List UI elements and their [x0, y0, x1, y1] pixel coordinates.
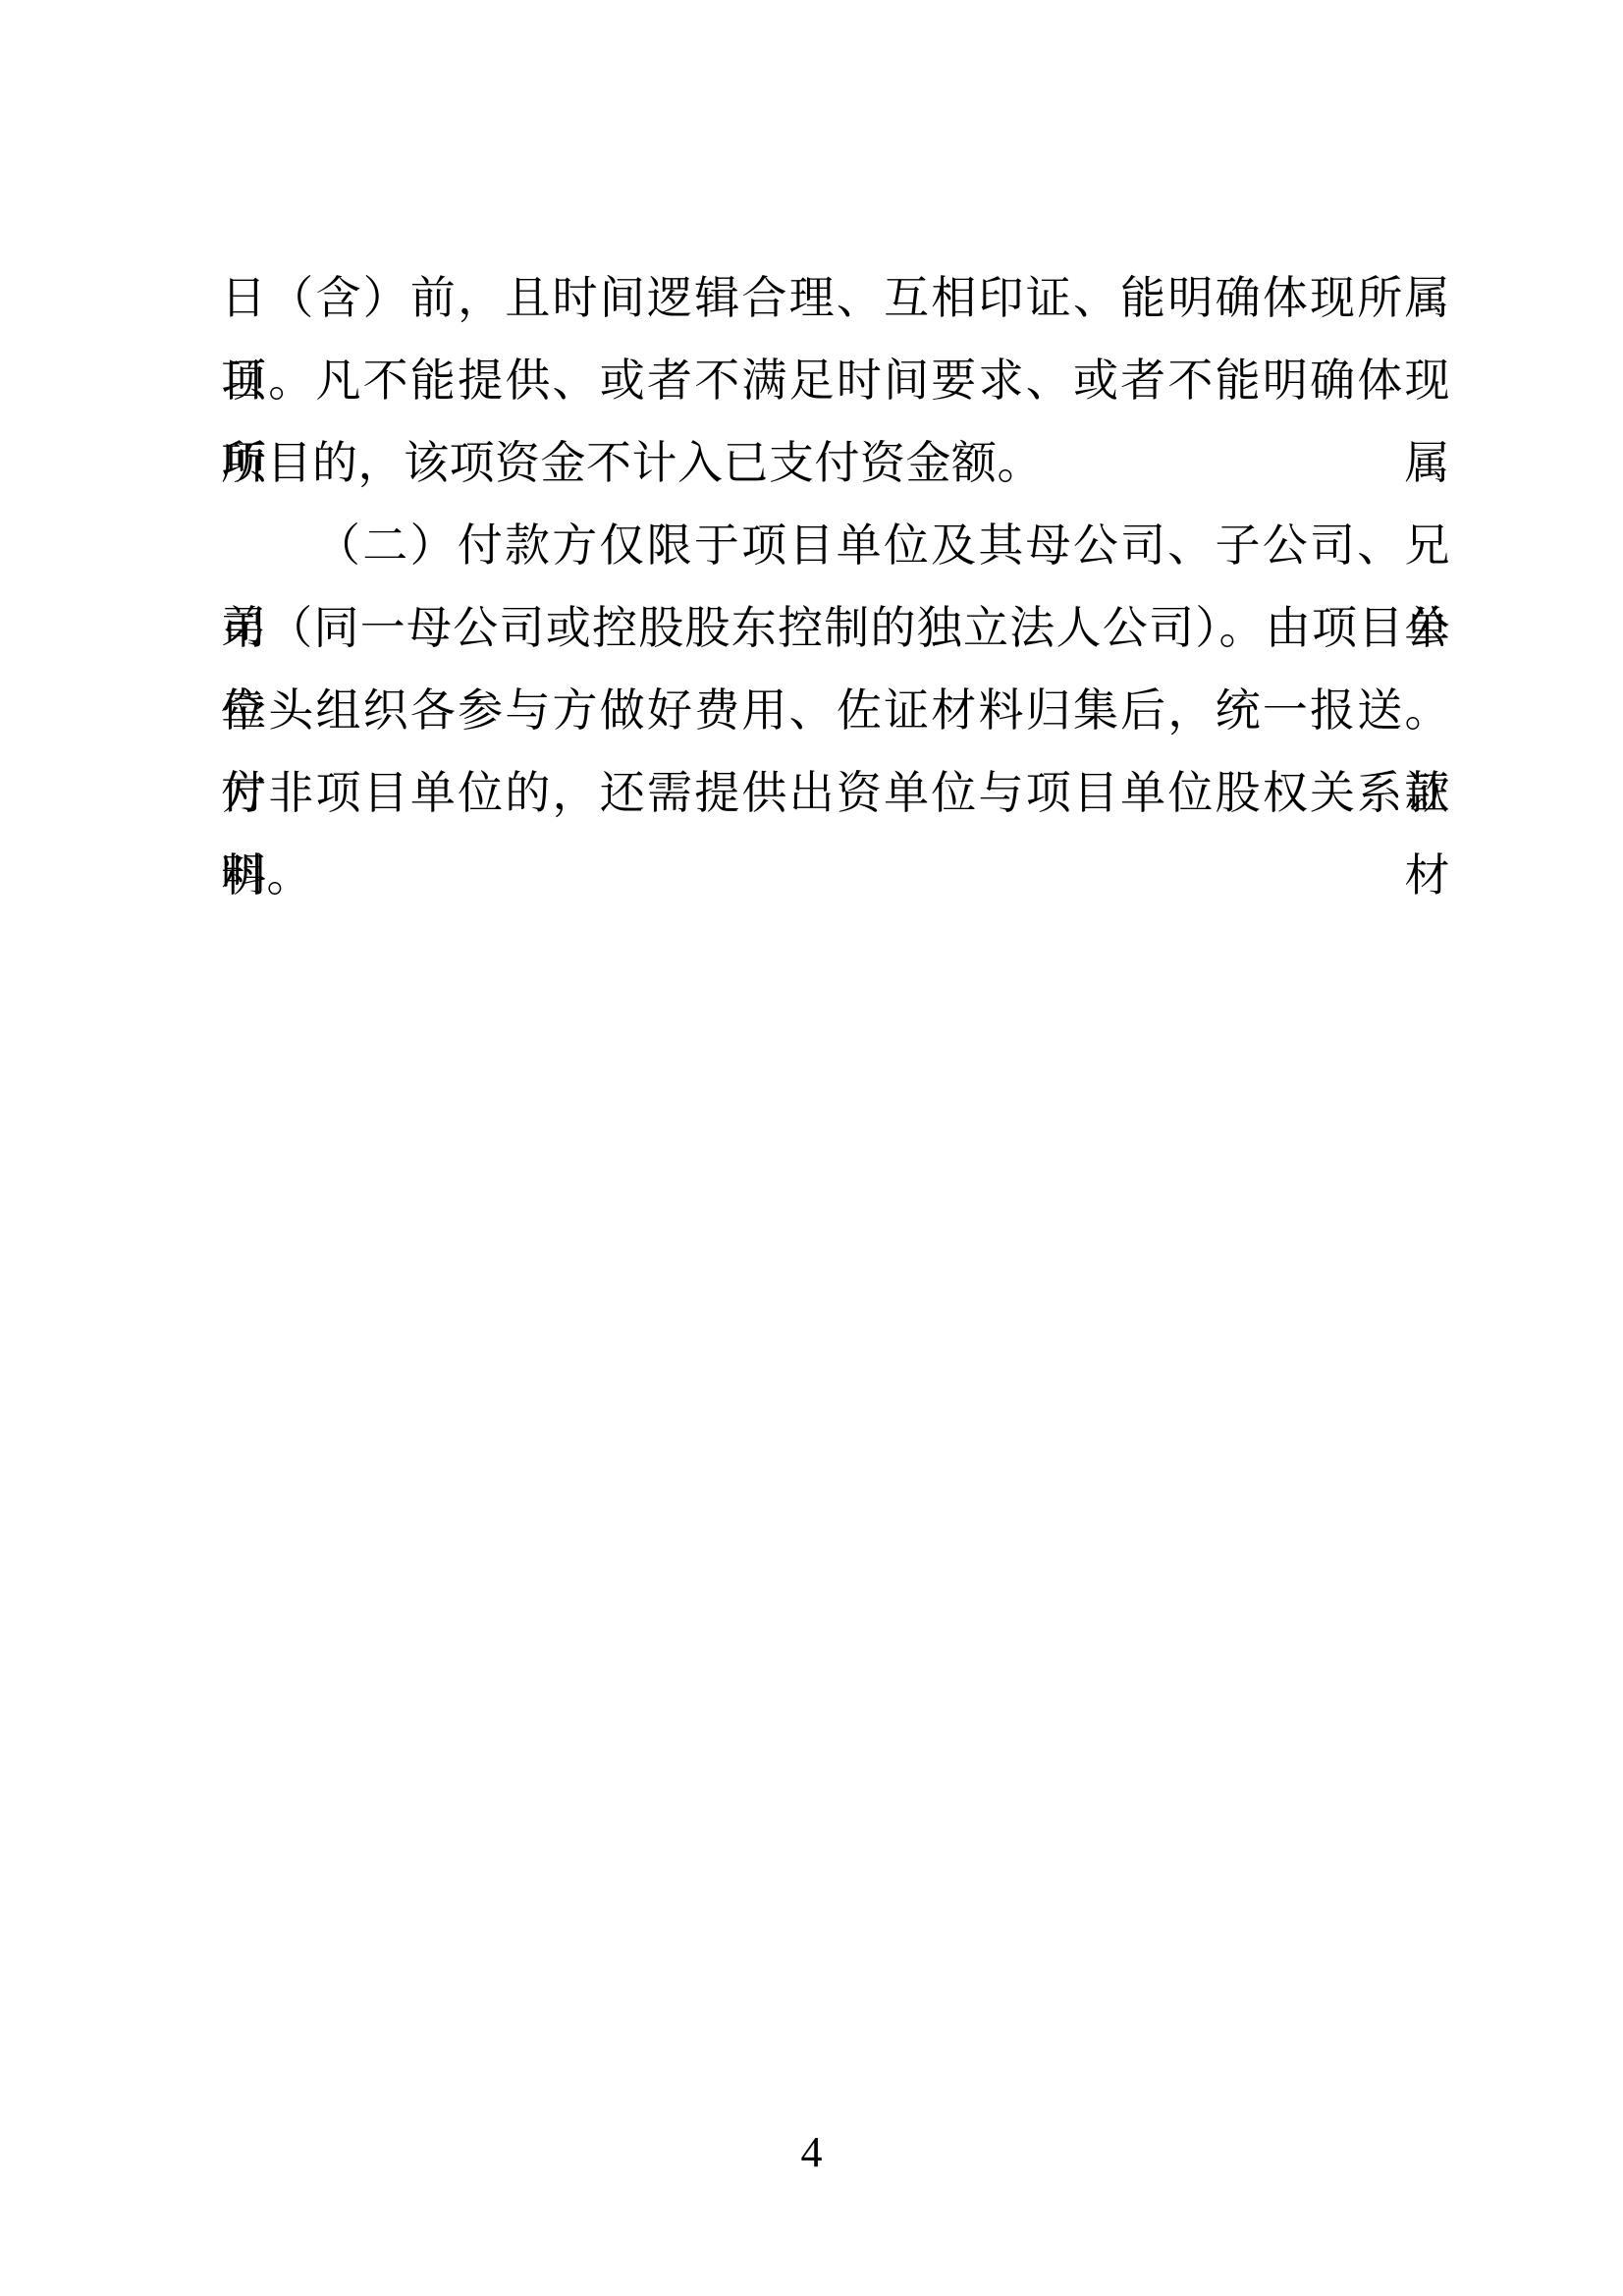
page-number: 4: [0, 2129, 1623, 2176]
text-line: 日（含）前，且时间逻辑合理、互相印证、能明确体现所属项: [221, 257, 1450, 340]
document-page: 日（含）前，且时间逻辑合理、互相印证、能明确体现所属项 目。凡不能提供、或者不满…: [0, 0, 1623, 2296]
text-line: 司（同一母公司或控股股东控制的独立法人公司）。由项目单位: [221, 587, 1450, 670]
text-line: （二）付款方仅限于项目单位及其母公司、子公司、兄弟公: [221, 505, 1450, 587]
text-line: 牵头组织各参与方做好费用、佐证材料归集后，统一报送。付款: [221, 670, 1450, 752]
document-body: 日（含）前，且时间逻辑合理、互相印证、能明确体现所属项 目。凡不能提供、或者不满…: [221, 257, 1450, 917]
text-line: 目。凡不能提供、或者不满足时间要求、或者不能明确体现所属: [221, 340, 1450, 422]
text-line: 方非项目单位的，还需提供出资单位与项目单位股权关系证明材: [221, 752, 1450, 835]
